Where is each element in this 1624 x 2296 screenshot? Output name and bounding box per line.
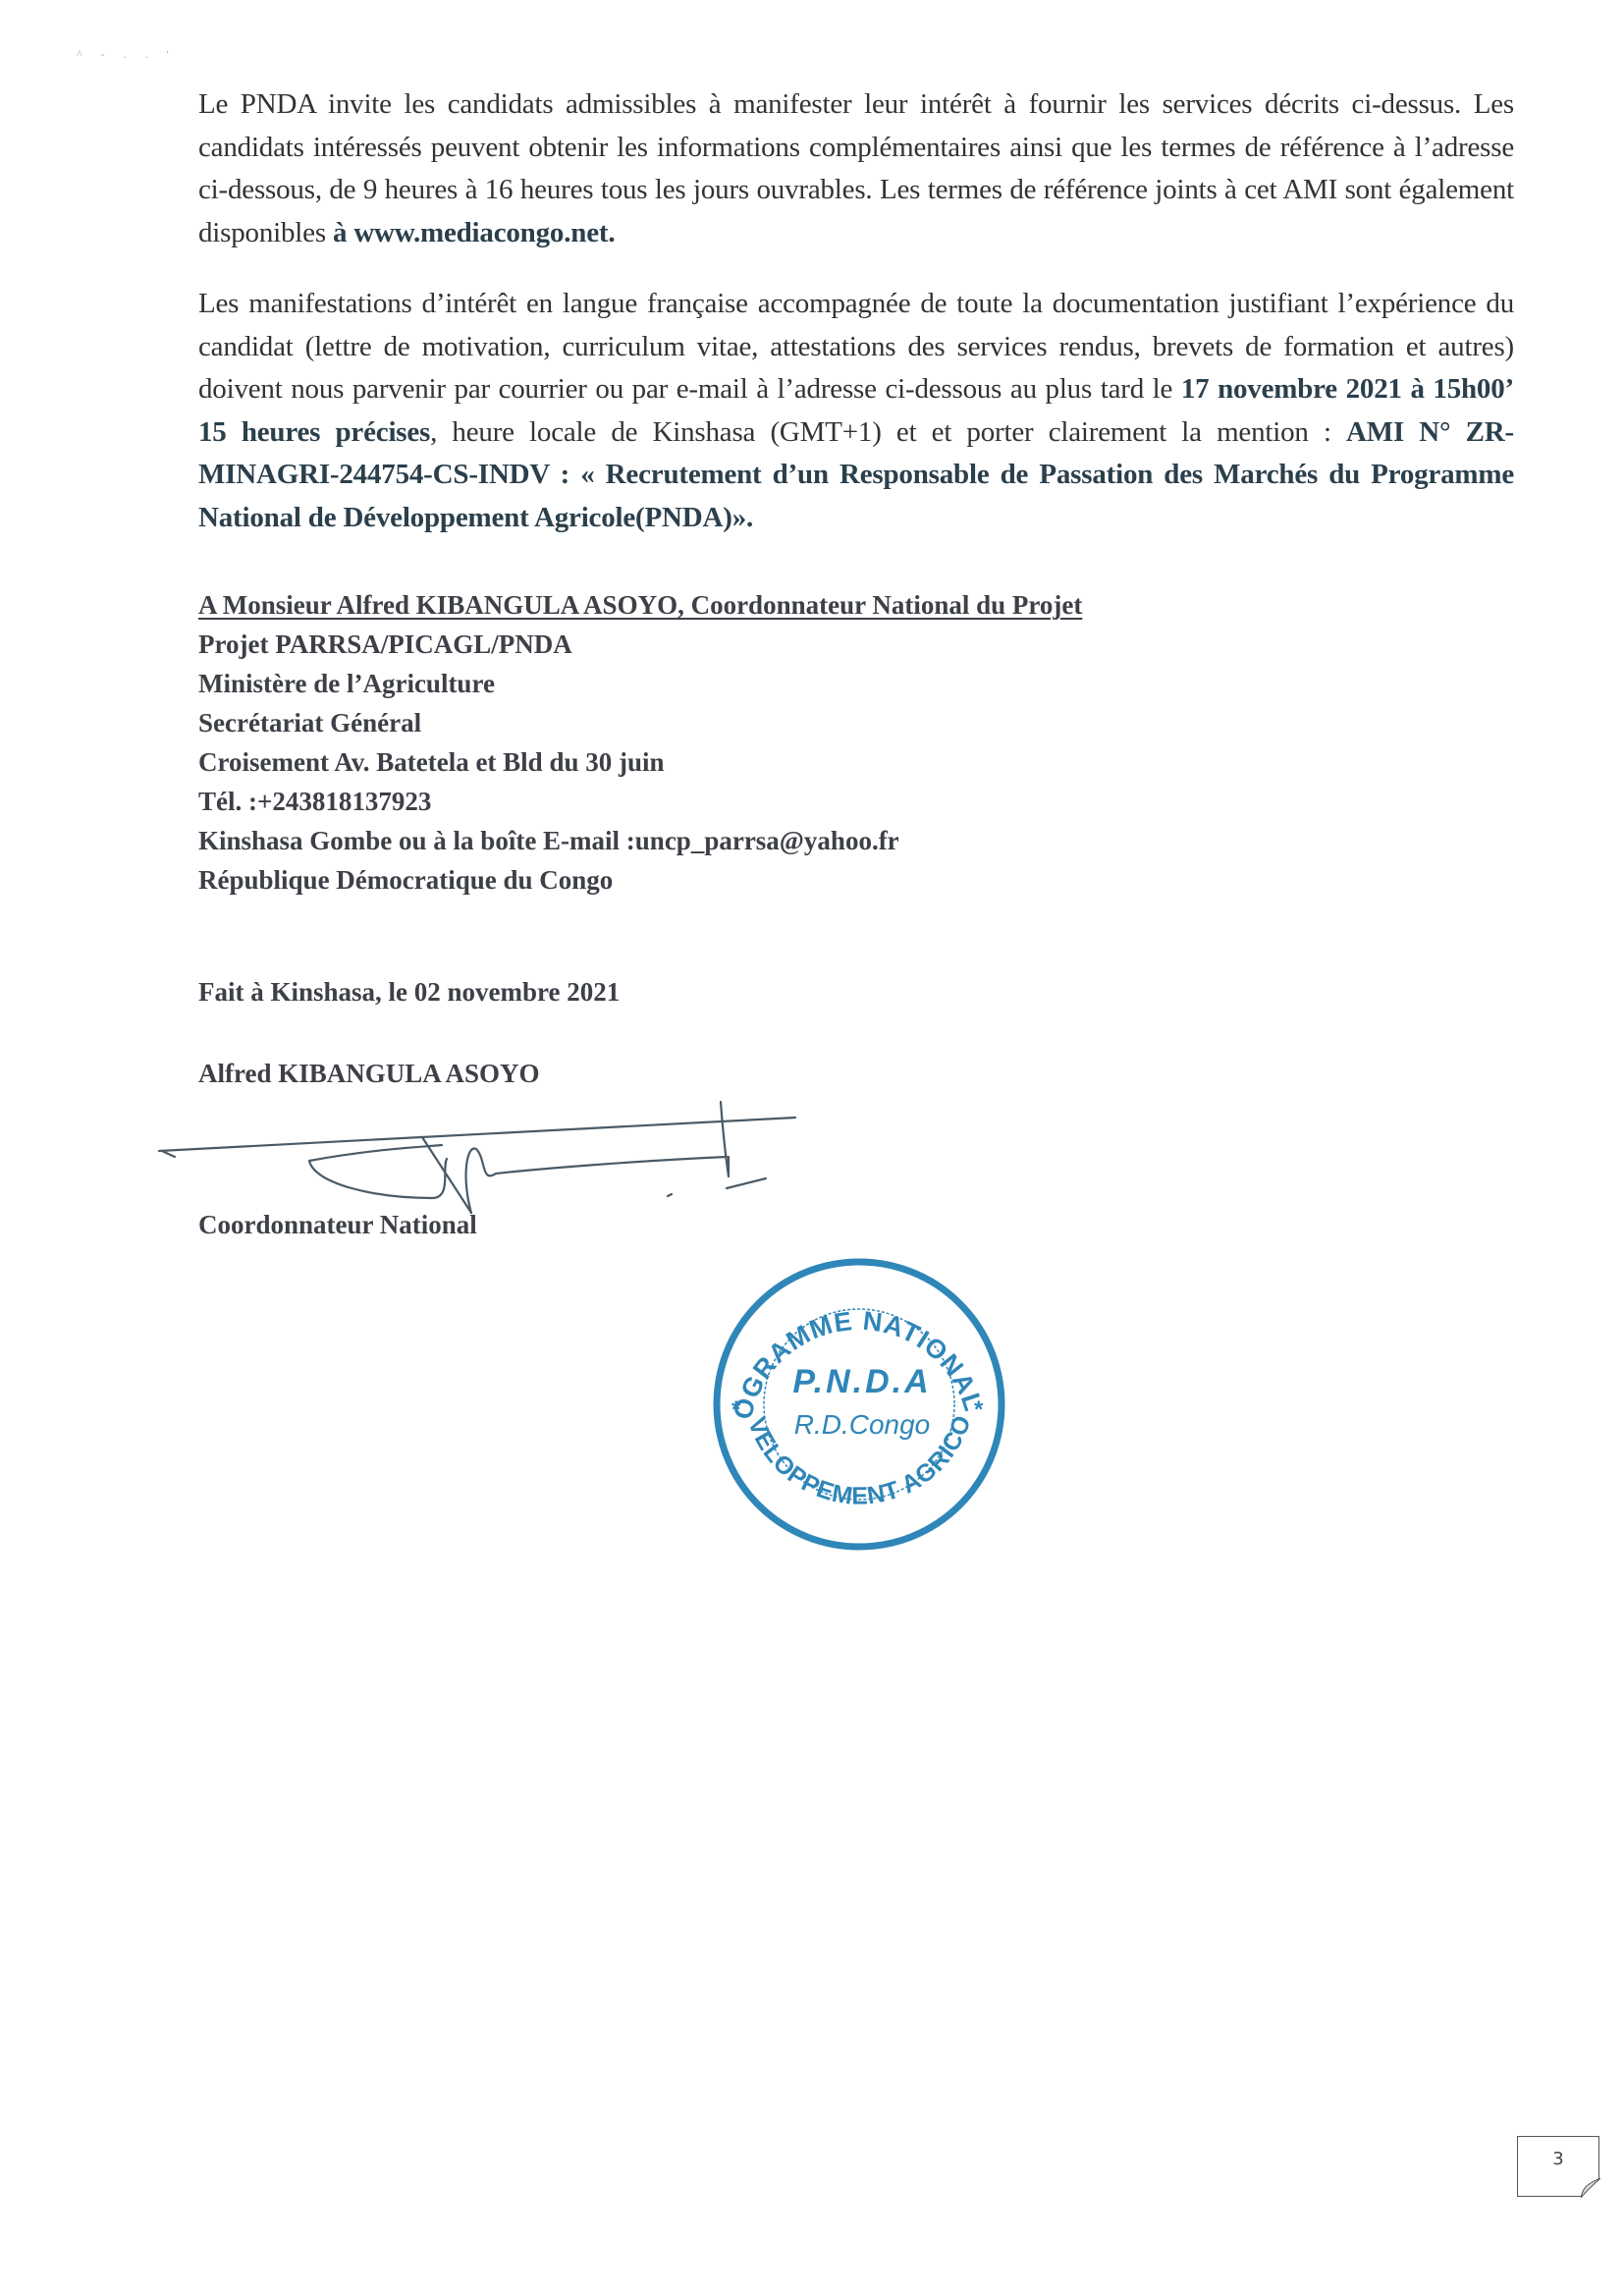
place-date: Fait à Kinshasa, le 02 novembre 2021 [198,977,620,1008]
document-page: ^ ‑ . . ' Le PNDA invite les candidats a… [0,0,1624,2296]
page-number: 3 [1518,2149,1598,2169]
stamp-acronym: P.N.D.A [792,1363,931,1400]
signature [147,1090,835,1228]
address-recipient: A Monsieur Alfred KIBANGULA ASOYO, Coord… [198,585,1082,625]
svg-text:*: * [974,1396,984,1423]
page-curl-icon [1581,2178,1600,2198]
website-link: à www.mediacongo.net. [333,217,615,248]
signer-role: Coordonnateur National [198,1210,477,1240]
stamp-country: R.D.Congo [794,1409,931,1440]
address-block: A Monsieur Alfred KIBANGULA ASOYO, Coord… [198,585,1082,900]
address-line: Kinshasa Gombe ou à la boîte E-mail :unc… [198,821,1082,860]
paragraph-invitation: Le PNDA invite les candidats admissibles… [198,83,1514,254]
address-line: Croisement Av. Batetela et Bld du 30 jui… [198,742,1082,782]
page-number-box: 3 [1517,2136,1599,2197]
official-stamp: PROGRAMME NATIONAL DE DEVELOPPEMENT AGRI… [707,1252,1011,1557]
address-line: Ministère de l’Agriculture [198,664,1082,703]
address-line: Tél. :+243818137923 [198,782,1082,821]
svg-text:*: * [731,1396,741,1423]
address-line: Secrétariat Général [198,703,1082,742]
address-line: Projet PARRSA/PICAGL/PNDA [198,625,1082,664]
address-line: République Démocratique du Congo [198,860,1082,900]
paragraph-submission: Les manifestations d’intérêt en langue f… [198,283,1514,539]
scan-marks: ^ ‑ . . ' [77,47,177,62]
signer-name: Alfred KIBANGULA ASOYO [198,1059,540,1089]
